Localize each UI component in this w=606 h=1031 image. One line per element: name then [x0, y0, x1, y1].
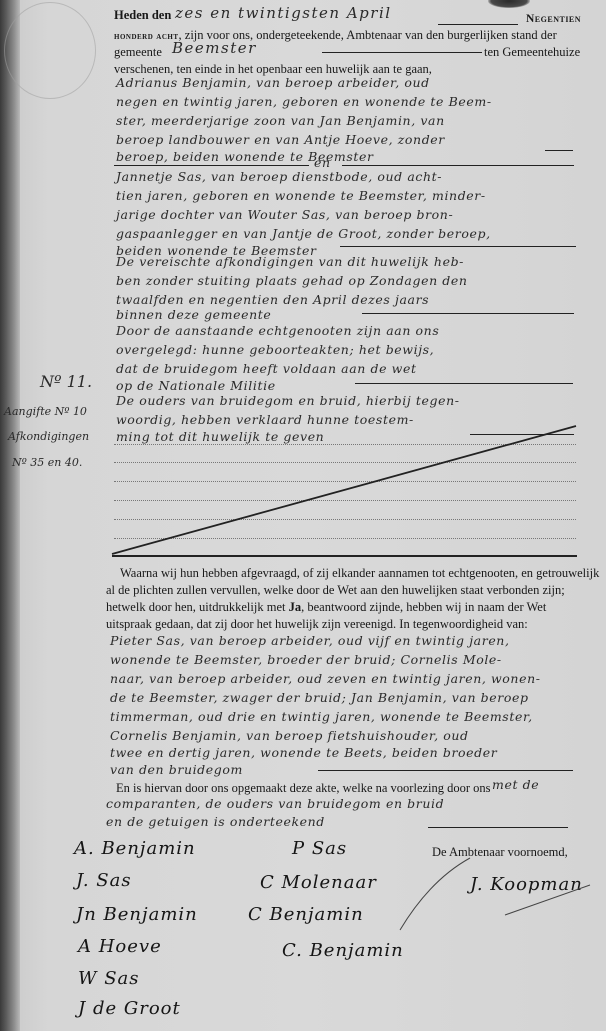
document-page: Heden den zes en twintigsten April Negen… — [0, 0, 606, 1031]
signature-flourish — [0, 0, 606, 1031]
